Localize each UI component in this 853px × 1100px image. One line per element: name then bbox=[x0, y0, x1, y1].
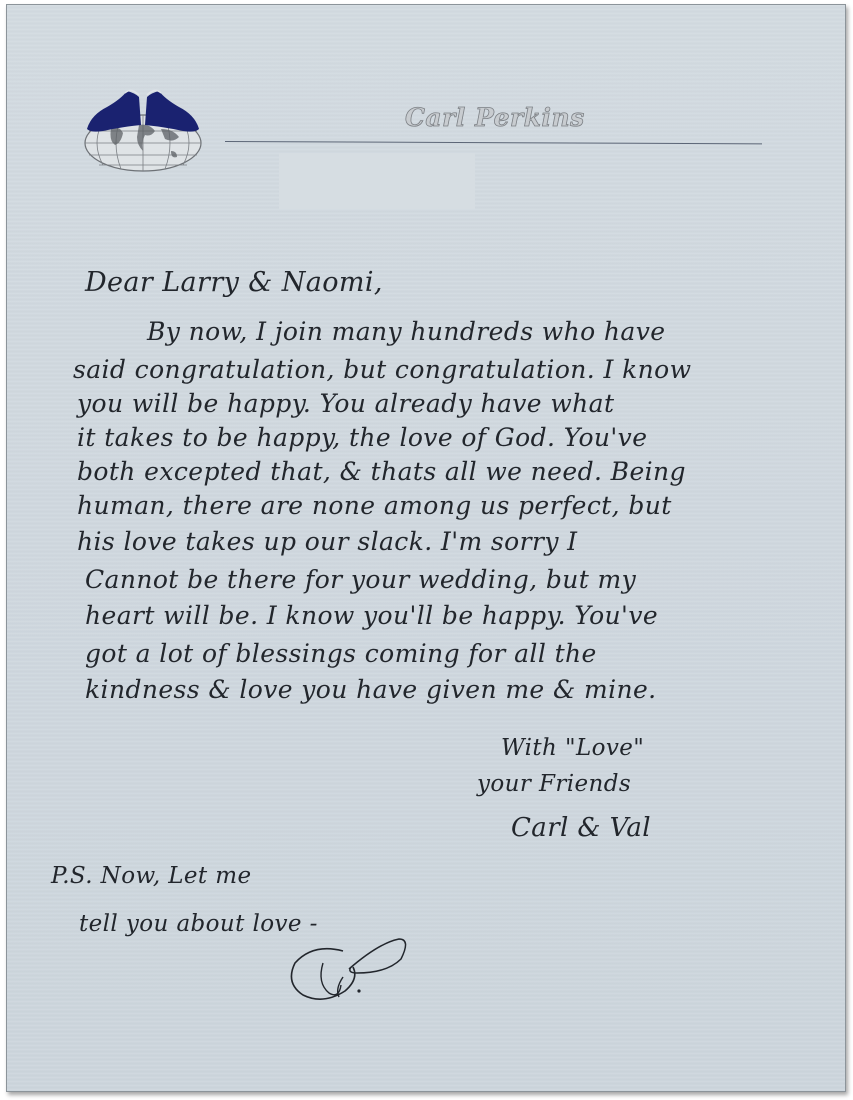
body-line: his love takes up our slack. I'm sorry I bbox=[77, 527, 577, 556]
body-line: said congratulation, but congratulation.… bbox=[73, 355, 691, 384]
body-line: human, there are none among us perfect, … bbox=[77, 491, 672, 520]
body-line: heart will be. I know you'll be happy. Y… bbox=[85, 601, 658, 630]
salutation: Dear Larry & Naomi, bbox=[85, 267, 383, 298]
body-line: got a lot of blessings coming for all th… bbox=[85, 639, 597, 668]
signature: Carl & Val bbox=[511, 813, 651, 843]
postscript-line-2: tell you about love - bbox=[79, 911, 318, 937]
body-line: Cannot be there for your wedding, but my bbox=[85, 565, 636, 594]
postscript-line-1: P.S. Now, Let me bbox=[51, 863, 252, 889]
closing-your-friends: your Friends bbox=[477, 771, 631, 797]
initials-signature-icon bbox=[283, 933, 413, 1005]
letterhead-rule bbox=[225, 141, 762, 144]
body-line: it takes to be happy, the love of God. Y… bbox=[77, 423, 647, 452]
blue-suede-shoes-globe-logo-icon bbox=[81, 85, 205, 173]
body-line: kindness & love you have given me & mine… bbox=[85, 675, 657, 704]
body-line: both excepted that, & thats all we need.… bbox=[77, 457, 686, 486]
body-line: you will be happy. You already have what bbox=[77, 389, 614, 418]
letterhead-name: Carl Perkins bbox=[405, 103, 585, 132]
redacted-address-block bbox=[279, 153, 475, 209]
letter-paper: Carl Perkins Dear Larry & Naomi, By now,… bbox=[6, 4, 846, 1092]
closing-with-love: With "Love" bbox=[501, 735, 644, 761]
body-line: By now, I join many hundreds who have bbox=[147, 317, 665, 346]
